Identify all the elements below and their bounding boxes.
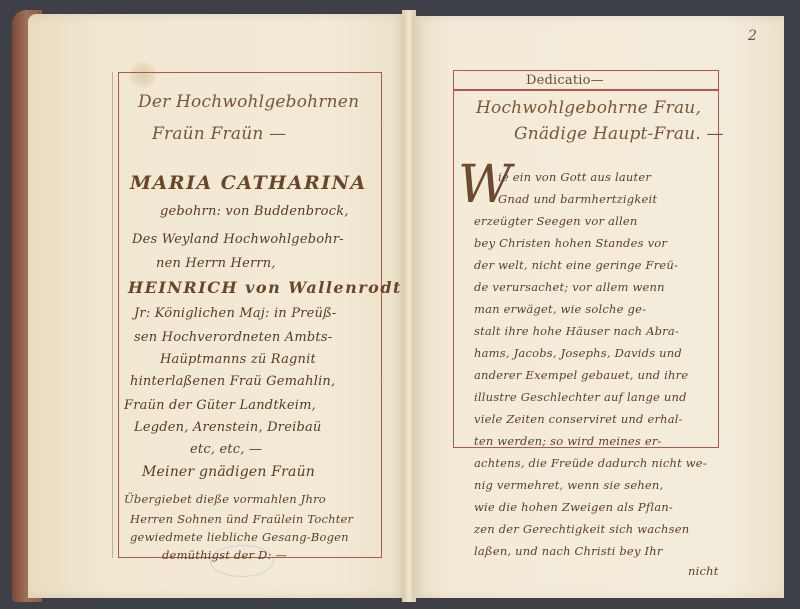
- salutation-line: Hochwohlgebohrne Frau,: [476, 98, 701, 118]
- left-line: gewiedmete liebliche Gesang-Bogen: [130, 530, 349, 544]
- left-line: demüthigst der D: —: [162, 548, 287, 562]
- left-line: Des Weyland Hochwohlgebohr-: [132, 232, 344, 247]
- left-line: gebohrn: von Buddenbrock,: [160, 204, 349, 219]
- left-line: Haüptmanns zü Ragnit: [160, 352, 316, 367]
- catchword: nicht: [688, 564, 719, 578]
- right-line: de verursachet; vor allem wenn: [474, 280, 665, 294]
- right-line: laßen, und nach Christi bey Ihr: [474, 544, 663, 558]
- left-line: etc, etc, —: [190, 442, 262, 457]
- left-line-name: MARIA CATHARINA: [130, 172, 367, 194]
- left-line: nen Herrn Herrn,: [156, 256, 276, 271]
- left-line: Herren Sohnen ünd Fraülein Tochter: [130, 512, 353, 526]
- right-line: illustre Geschlechter auf lange und: [474, 390, 687, 404]
- folio-number: 2: [748, 28, 757, 44]
- left-ruling-line: [112, 72, 113, 558]
- rubric-title: Dedicatio—: [526, 73, 604, 88]
- right-line: Gnad und barmhertzigkeit: [498, 192, 657, 206]
- right-line: ie ein von Gott aus lauter: [498, 170, 651, 184]
- right-line: hams, Jacobs, Josephs, Davids und: [474, 346, 682, 360]
- left-line: Übergiebet dieße vormahlen Jhro: [124, 492, 326, 506]
- right-line: achtens, die Freüde dadurch nicht we-: [474, 456, 707, 470]
- decorated-initial: W: [458, 155, 511, 215]
- salutation-line: Gnädige Haupt-Frau. —: [514, 124, 724, 144]
- left-line: hinterlaßenen Fraü Gemahlin,: [130, 374, 335, 389]
- right-line: viele Zeiten conserviret und erhal-: [474, 412, 683, 426]
- right-line: man erwäget, wie solche ge-: [474, 302, 646, 316]
- right-line: anderer Exempel gebauet, und ihre: [474, 368, 688, 382]
- left-line: Jr: Königlichen Maj: in Preüß-: [134, 306, 337, 321]
- left-line: Fraün Fraün —: [152, 124, 286, 144]
- right-line: ten werden; so wird meines er-: [474, 434, 662, 448]
- right-line: erzeügter Seegen vor allen: [474, 214, 637, 228]
- right-line: stalt ihre hohe Häuser nach Abra-: [474, 324, 679, 338]
- manuscript-scan: 2 Der Hochwohlgebohrnen Fraün Fraün — MA…: [0, 0, 800, 609]
- left-line: Legden, Arenstein, Dreibaü: [134, 420, 322, 435]
- left-line: Der Hochwohlgebohrnen: [138, 92, 359, 112]
- left-line: Meiner gnädigen Fraün: [142, 464, 315, 480]
- right-line: nig vermehret, wenn sie sehen,: [474, 478, 663, 492]
- right-line: der welt, nicht eine geringe Freü-: [474, 258, 678, 272]
- right-line: wie die hohen Zweigen als Pflan-: [474, 500, 673, 514]
- left-line: sen Hochverordneten Ambts-: [134, 330, 332, 345]
- left-line: Fraün der Güter Landtkeim,: [124, 398, 316, 413]
- right-line: bey Christen hohen Standes vor: [474, 236, 667, 250]
- right-line: zen der Gerechtigkeit sich wachsen: [474, 522, 689, 536]
- left-line-name: HEINRICH von Wallenrodt: [128, 278, 402, 297]
- rubric-divider: [453, 89, 719, 91]
